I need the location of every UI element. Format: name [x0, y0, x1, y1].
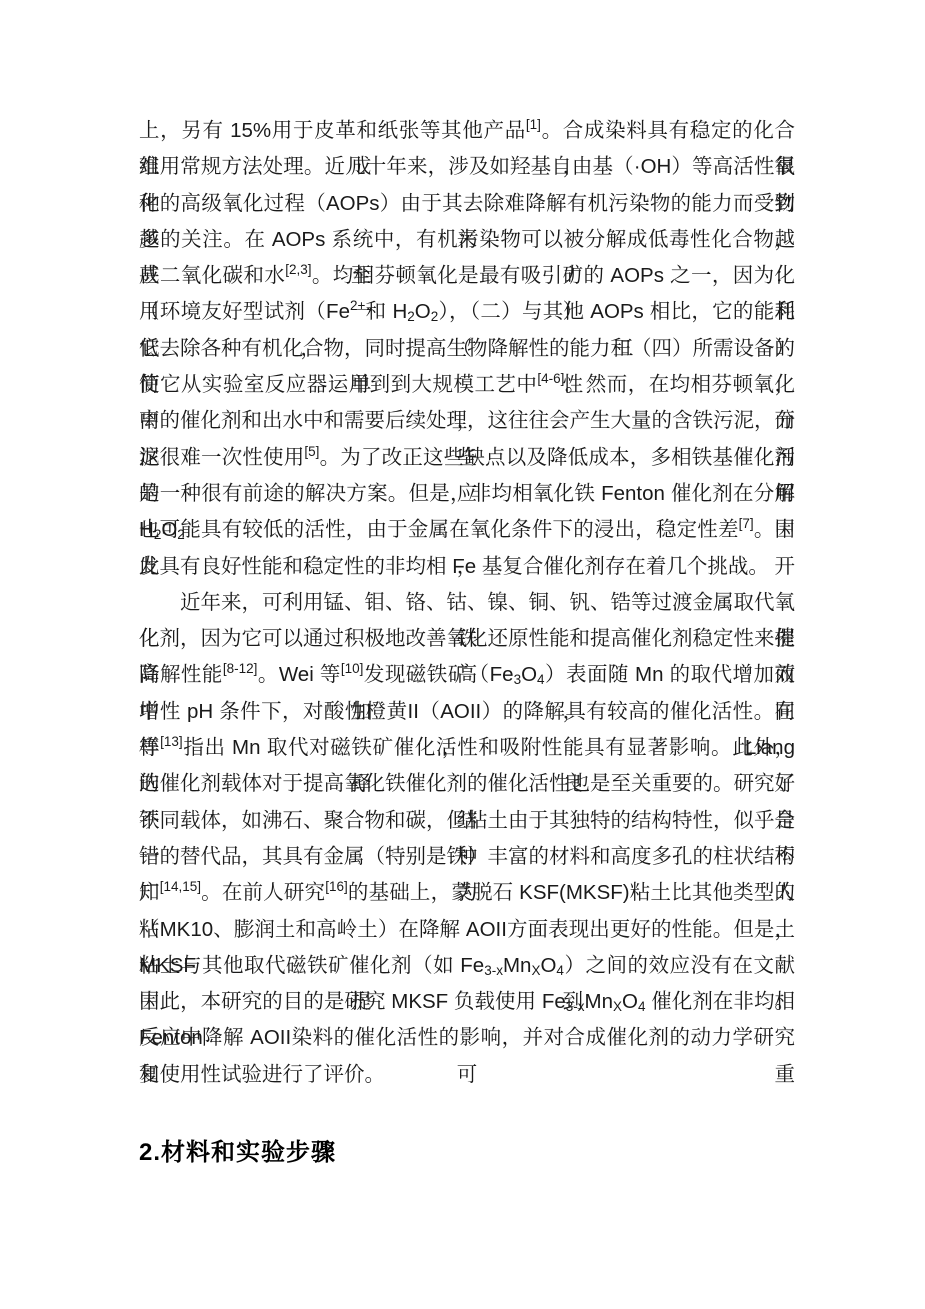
text-line: 降解性能[8-12]。Wei 等[10]发现磁铁矿（Fe3O4）表面随 Mn 的… — [139, 657, 795, 693]
text-run: O — [622, 990, 638, 1013]
text-run: Mn — [503, 954, 531, 977]
text-run: 。在前人研究 — [201, 881, 325, 904]
text-line: （MK10、膨润土和高岭土）在降解 AOII方面表现出更好的性能。但是，MKSF — [139, 912, 795, 948]
citation-superscript: [4-6] — [537, 371, 564, 386]
text-line: 离的催化剂和出水中和需要后续处理，这往往会产生大量的含铁污泥，而这些污 — [139, 403, 795, 439]
text-run: 等 — [139, 736, 160, 759]
text-run: O — [521, 663, 537, 686]
paragraph-introduction-1: 上，另有 15%用于皮革和纸张等其他产品[1]。合成染料具有稳定的化合组成，很难… — [139, 113, 795, 585]
chemical-subscript: 3-x — [566, 999, 585, 1014]
text-line: 化剂，因为它可以通过积极地改善氧化还原性能和提高催化剂稳定性来提高高效 — [139, 621, 795, 657]
text-line: 发具有良好性能和稳定性的非均相 Fe 基复合催化剂存在着几个挑战。 — [139, 549, 795, 585]
text-line: 错的替代品，其具有金属（特别是铁）丰富的材料和高度多孔的柱状结构广为人 — [139, 839, 795, 875]
text-line: 成二氧化碳和水[2,3]。均相芬顿氧化是最有吸引力的 AOPs 之一，因为：（一… — [139, 258, 795, 294]
chemical-subscript: X — [531, 963, 540, 978]
text-run: 上，另有 15%用于皮革和纸张等其他产品 — [139, 119, 526, 142]
text-line: 它去除各种有机化合物，同时提高生物降解性的能力和（四）所需设备的简单性， — [139, 331, 795, 367]
text-run: 。Wei 等 — [257, 663, 340, 686]
citation-superscript: 2+ — [350, 298, 365, 313]
text-line: 用环境友好型试剂（Fe2+和 H2O2），（二）与其他 AOPs 相比，它的能耗… — [139, 294, 795, 330]
text-line: 反应中降解 AOII染料的催化活性的影响，并对合成催化剂的动力学研究和可重 — [139, 1020, 795, 1056]
text-line: 多的关注。在 AOPs 系统中，有机污染物可以被分解成低毒性化合物，甚至矿化 — [139, 222, 795, 258]
chemical-subscript: 4 — [638, 999, 646, 1014]
text-line: 使它从实验室反应器运用到到大规模工艺中[4-6]。然而，在均相芬顿氧化中，分 — [139, 367, 795, 403]
text-run: O — [415, 300, 431, 323]
text-line: 知[14,15]。在前人研究[16]的基础上，蒙脱石 KSF(MKSF)粘土比其… — [139, 875, 795, 911]
paragraph-introduction-2: 近年来，可利用锰、钼、铬、钴、镍、铜、钒、锆等过渡金属取代氧化铁催化剂，因为它可… — [139, 585, 795, 1093]
text-line: 粘土与其他取代磁铁矿催化剂（如 Fe3-xMnXO4）之间的效应没有在文献中提到… — [139, 948, 795, 984]
text-run: 和 H — [365, 300, 407, 323]
text-run: 粘土与其他取代磁铁矿催化剂（如 Fe — [139, 954, 484, 977]
text-run: 发具有良好性能和稳定性的非均相 Fe 基复合催化剂存在着几个挑战。 — [139, 555, 769, 578]
text-line: 中性 pH 条件下，对酸性橙黄II（AOII）的降解具有较高的催化活性。同样，L… — [139, 694, 795, 730]
text-run: O — [540, 954, 556, 977]
text-line: 的催化剂载体对于提高氧化铁催化剂的催化活性也是至关重要的。研究了铁结合 — [139, 766, 795, 802]
text-line: 上，另有 15%用于皮革和纸张等其他产品[1]。合成染料具有稳定的化合组成，很 — [139, 113, 795, 149]
citation-superscript: [8-12] — [223, 661, 258, 676]
chemical-subscript: 2 — [407, 309, 415, 324]
document-page: 上，另有 15%用于皮革和纸张等其他产品[1]。合成染料具有稳定的化合组成，很难… — [0, 0, 925, 1309]
text-run: Mn — [585, 990, 613, 1013]
text-line: 也可能具有较低的活性，由于金属在氧化条件下的浸出，稳定性差[7]。因此，开 — [139, 512, 795, 548]
chemical-subscript: 2 — [154, 527, 162, 542]
citation-superscript: [10] — [341, 661, 364, 676]
text-line: 近年来，可利用锰、钼、铬、钴、镍、铜、钒、锆等过渡金属取代氧化铁催 — [139, 585, 795, 621]
chemical-subscript: 3-x — [484, 963, 503, 978]
text-line: 因此，本研究的目的是研究 MKSF 负载使用 Fe3-xMnXO4 催化剂在非均… — [139, 984, 795, 1020]
citation-superscript: [2,3] — [285, 262, 311, 277]
chemical-subscript: 3 — [514, 672, 522, 687]
text-line: 是一种很有前途的解决方案。但是，非均相氧化铁 Fenton 催化剂在分解 H2O… — [139, 476, 795, 512]
citation-superscript: [14,15] — [160, 879, 201, 894]
text-line: 等[13]指出 Mn 取代对磁铁矿催化活性和吸附性能具有显著影响。此外，选择良好 — [139, 730, 795, 766]
chemical-subscript: 4 — [556, 963, 564, 978]
chemical-subscript: 2 — [431, 309, 439, 324]
chemical-subscript: 2 — [177, 527, 185, 542]
text-run: 降解性能 — [139, 663, 223, 686]
text-run: 知 — [139, 881, 160, 904]
text-run: 复使用性试验进行了评价。 — [139, 1063, 385, 1086]
citation-superscript: [1] — [526, 117, 541, 132]
text-line: 不同载体，如沸石、聚合物和碳，但粘土由于其独特的结构特性，似乎是一种不 — [139, 803, 795, 839]
text-run: 发现磁铁矿（Fe — [363, 663, 513, 686]
text-line: 种的高级氧化过程（AOPs）由于其去除难降解有机污染物的能力而受到越来越 — [139, 186, 795, 222]
text-run: 成二氧化碳和水 — [139, 264, 285, 287]
text-line: 泥很难一次性使用[5]。为了改正这些缺点以及降低成本，多相铁基催化剂的应用 — [139, 440, 795, 476]
text-run: 也可能具有较低的活性，由于金属在氧化条件下的浸出，稳定性差 — [139, 518, 739, 541]
citation-superscript: [16] — [325, 879, 348, 894]
chemical-subscript: 4 — [537, 672, 545, 687]
section-heading: 2.材料和实验步骤 — [139, 1138, 336, 1168]
chemical-subscript: X — [613, 999, 622, 1014]
citation-superscript: [13] — [160, 734, 183, 749]
page-body-text: 上，另有 15%用于皮革和纸张等其他产品[1]。合成染料具有稳定的化合组成，很难… — [139, 113, 795, 1093]
text-run: 用环境友好型试剂（Fe — [139, 300, 350, 323]
citation-superscript: [7] — [739, 516, 754, 531]
text-run: 因此，本研究的目的是研究 MKSF 负载使用 Fe — [139, 990, 566, 1013]
text-line: 难用常规方法处理。近几十年来，涉及如羟基自由基（·OH）等高活性氧化物 — [139, 149, 795, 185]
text-run: 使它从实验室反应器运用到到大规模工艺中 — [139, 373, 537, 396]
text-run: 泥很难一次性使用 — [139, 446, 304, 469]
citation-superscript: [5] — [304, 444, 319, 459]
